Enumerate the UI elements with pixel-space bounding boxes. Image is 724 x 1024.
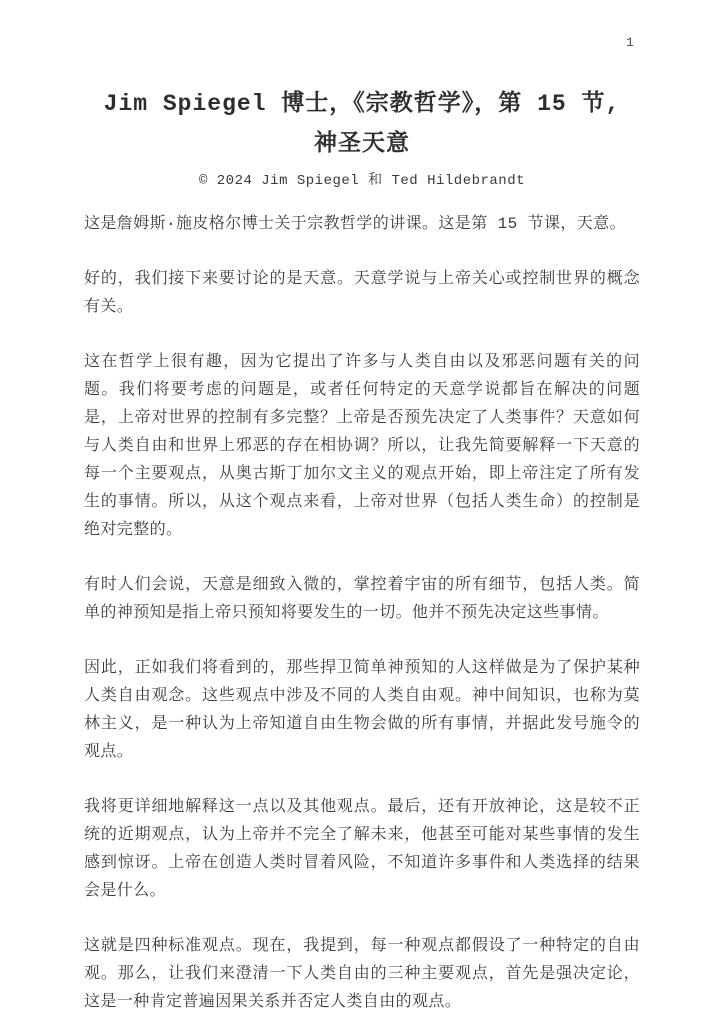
copyright-line: © 2024 Jim Spiegel 和 Ted Hildebrandt [0,169,724,189]
page-title-line-1: Jim Spiegel 博士，《宗教哲学》，第 15 节, [56,84,668,124]
paragraph: 有时人们会说，天意是细致入微的，掌控着宇宙的所有细节，包括人类。简单的神预知是指… [84,571,640,627]
paragraph: 好的，我们接下来要讨论的是天意。天意学说与上帝关心或控制世界的概念有关。 [84,265,640,321]
paragraph: 我将更详细地解释这一点以及其他观点。最后，还有开放神论，这是较不正统的近期观点，… [84,793,640,905]
paragraph: 因此，正如我们将看到的，那些捍卫简单神预知的人这样做是为了保护某种人类自由观念。… [84,654,640,766]
page-number: 1 [626,36,634,49]
document-body: 这是詹姆斯·施皮格尔博士关于宗教哲学的讲课。这是第 15 节课，天意。 好的，我… [84,210,640,1016]
document-page: 1 Jim Spiegel 博士，《宗教哲学》，第 15 节, 神圣天意 © 2… [0,0,724,1024]
paragraph: 这是詹姆斯·施皮格尔博士关于宗教哲学的讲课。这是第 15 节课，天意。 [84,210,640,238]
page-title-line-2: 神圣天意 [56,124,668,164]
paragraph: 这就是四种标准观点。现在，我提到，每一种观点都假设了一种特定的自由观。那么，让我… [84,932,640,1016]
page-title: Jim Spiegel 博士，《宗教哲学》，第 15 节, 神圣天意 [56,84,668,164]
paragraph: 这在哲学上很有趣，因为它提出了许多与人类自由以及邪恶问题有关的问题。我们将要考虑… [84,348,640,544]
